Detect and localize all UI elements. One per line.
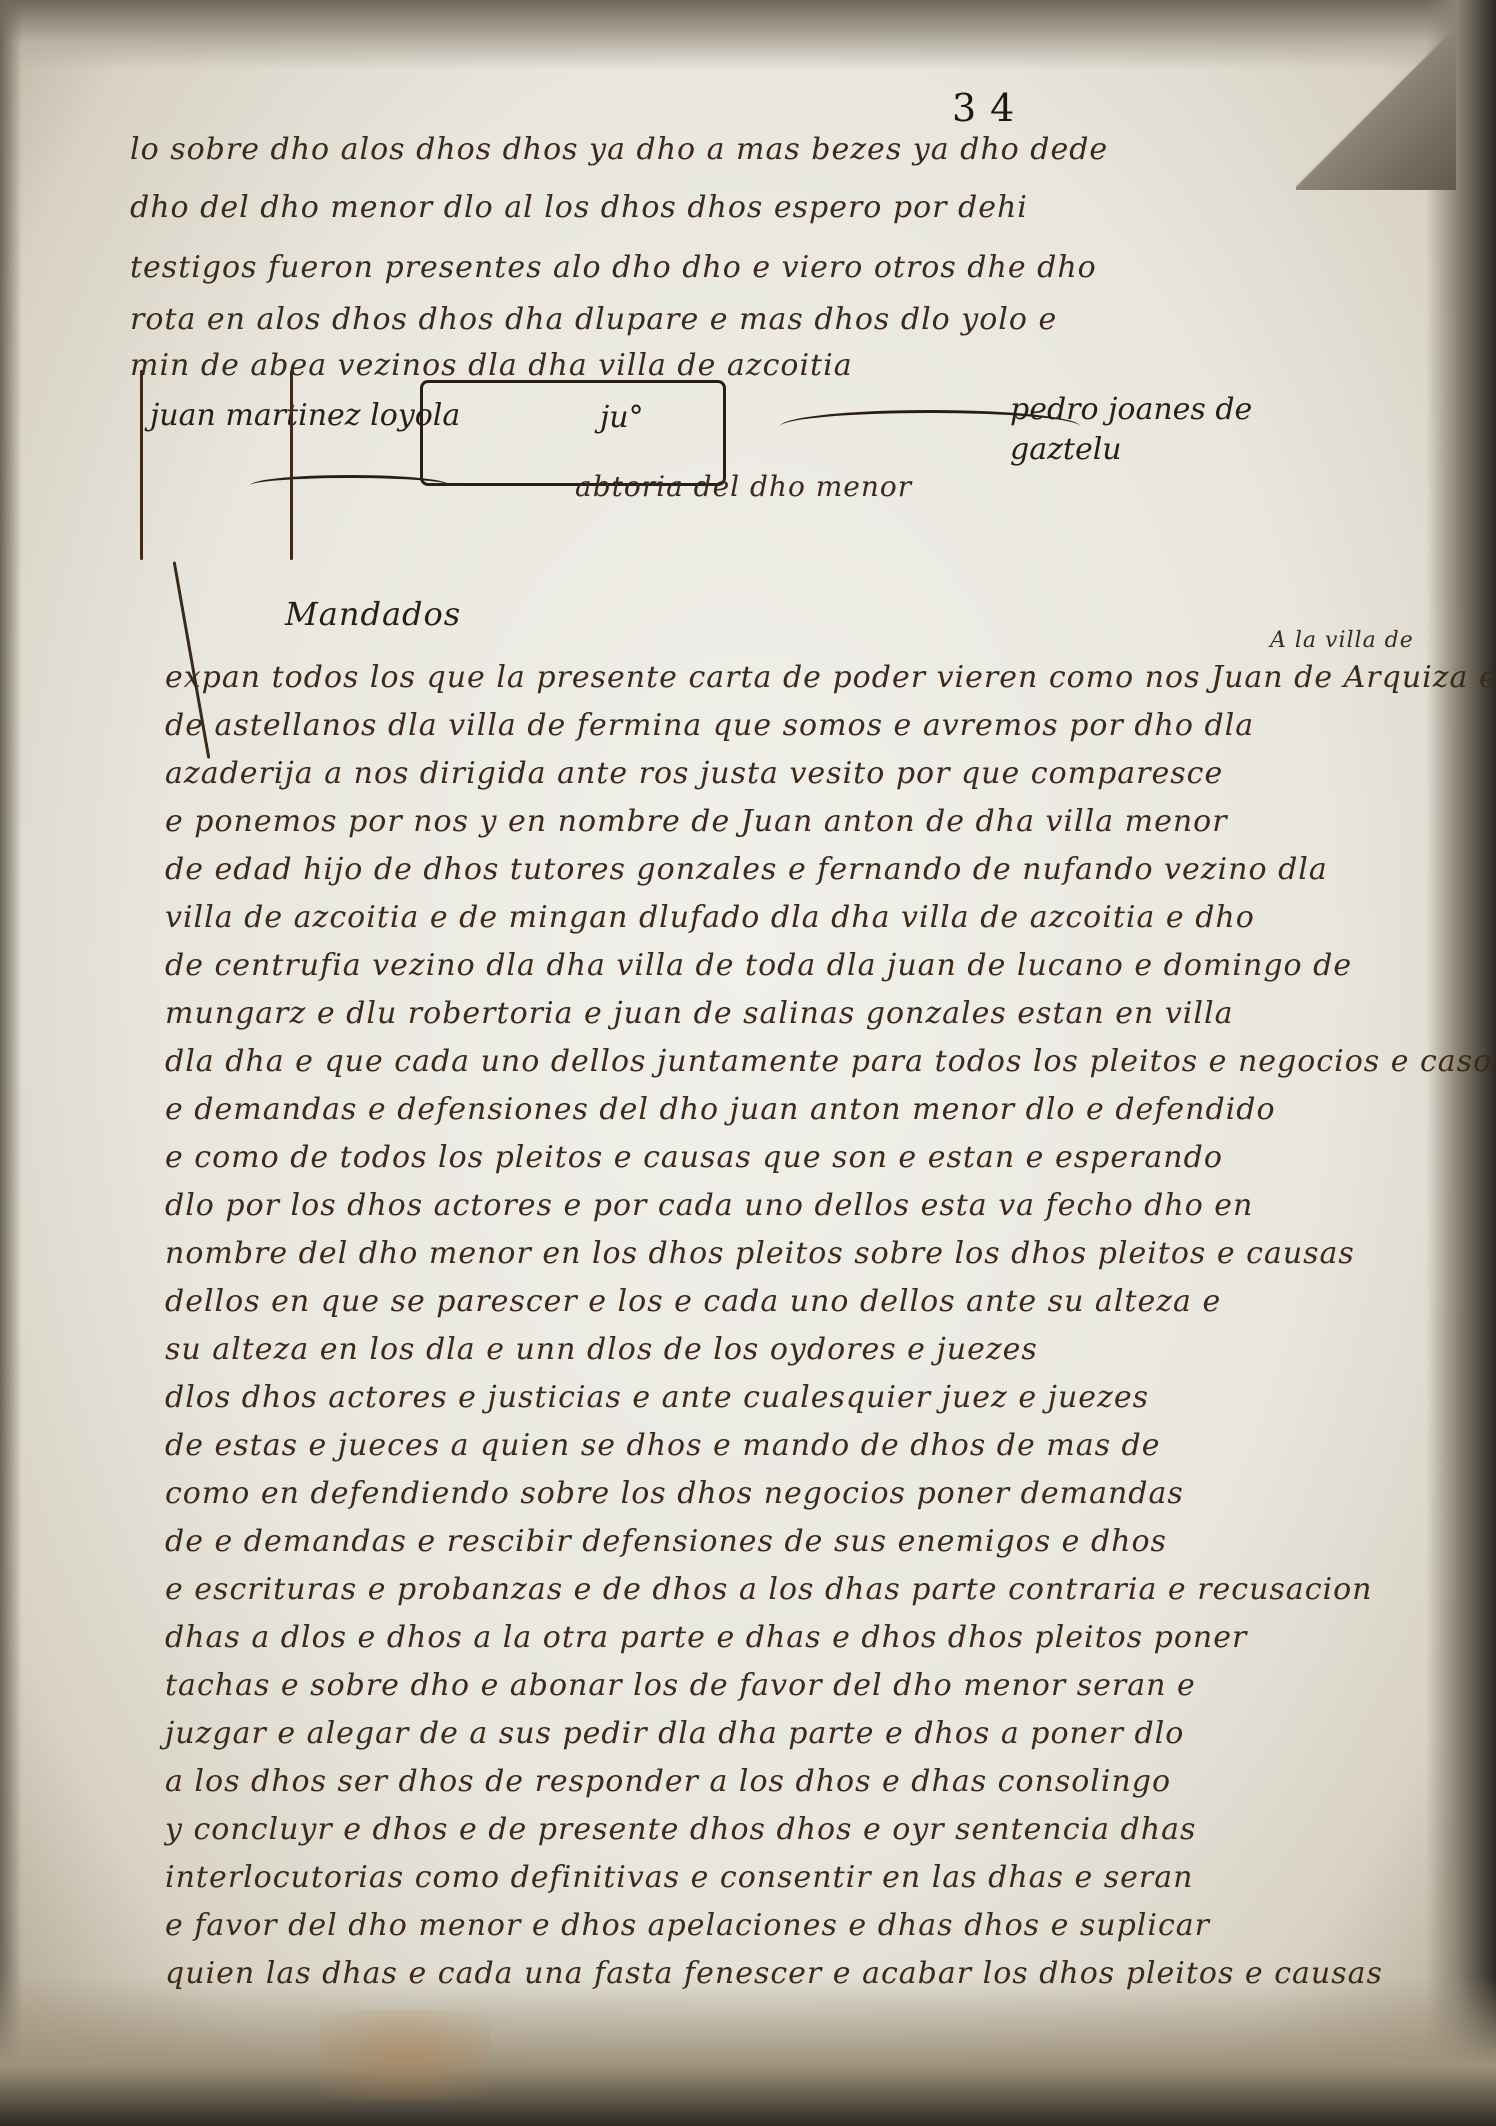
body-line: tachas e sobre dho e abonar los de favor… bbox=[165, 1668, 1196, 1703]
signature-rubric bbox=[780, 410, 1080, 443]
body-line: e escrituras e probanzas e de dhos a los… bbox=[165, 1572, 1372, 1607]
signature-box-text: ju° bbox=[600, 400, 644, 435]
header-line: testigos fueron presentes alo dho dho e … bbox=[130, 250, 1097, 285]
body-line: a los dhos ser dhos de responder a los d… bbox=[165, 1764, 1171, 1799]
body-line: e demandas e defensiones del dho juan an… bbox=[165, 1092, 1276, 1127]
header-line: dho del dho menor dlo al los dhos dhos e… bbox=[130, 190, 1028, 225]
header-line: min de abea vezinos dla dha villa de azc… bbox=[130, 348, 853, 383]
water-stain bbox=[320, 2010, 490, 2100]
body-line: expan todos los que la presente carta de… bbox=[165, 660, 1496, 695]
body-line: de centrufia vezino dla dha villa de tod… bbox=[165, 948, 1352, 983]
body-line: de e demandas e rescibir defensiones de … bbox=[165, 1524, 1167, 1559]
section-heading: Mandados bbox=[285, 595, 461, 633]
body-line: juzgar e alegar de a sus pedir dla dha p… bbox=[165, 1716, 1184, 1751]
body-line: como en defendiendo sobre los dhos negoc… bbox=[165, 1476, 1184, 1511]
body-line: nombre del dho menor en los dhos pleitos… bbox=[165, 1236, 1355, 1271]
body-line: dhas a dlos e dhos a la otra parte e dha… bbox=[165, 1620, 1247, 1655]
body-line: dellos en que se parescer e los e cada u… bbox=[165, 1284, 1221, 1319]
signature-rubric bbox=[250, 475, 450, 496]
body-line: azaderija a nos dirigida ante ros justa … bbox=[165, 756, 1223, 791]
body-line: e como de todos los pleitos e causas que… bbox=[165, 1140, 1223, 1175]
body-line: mungarz e dlu robertoria e juan de salin… bbox=[165, 996, 1233, 1031]
body-line: su alteza en los dla e unn dlos de los o… bbox=[165, 1332, 1038, 1367]
subscript-note: abtoria del dho menor bbox=[575, 470, 912, 503]
body-line: interlocutorias como definitivas e conse… bbox=[165, 1860, 1193, 1895]
body-line: dla dha e que cada uno dellos juntamente… bbox=[165, 1044, 1496, 1079]
body-line: dlos dhos actores e justicias e ante cua… bbox=[165, 1380, 1149, 1415]
body-line: quien las dhas e cada una fasta fenescer… bbox=[165, 1956, 1383, 1991]
paper-left-edge bbox=[0, 0, 22, 2126]
body-line: de edad hijo de dhos tutores gonzales e … bbox=[165, 852, 1328, 887]
margin-flourish bbox=[290, 370, 293, 560]
body-line: villa de azcoitia e de mingan dlufado dl… bbox=[165, 900, 1255, 935]
paper-bottom-edge bbox=[0, 1976, 1496, 2126]
body-line: dlo por los dhos actores e por cada uno … bbox=[165, 1188, 1253, 1223]
header-line: lo sobre dho alos dhos dhos ya dho a mas… bbox=[130, 132, 1108, 167]
torn-corner bbox=[1296, 20, 1456, 190]
margin-flourish bbox=[140, 370, 143, 560]
body-line: e favor del dho menor e dhos apelaciones… bbox=[165, 1908, 1210, 1943]
body-line: y concluyr e dhos e de presente dhos dho… bbox=[165, 1812, 1196, 1847]
manuscript-page: 34 lo sobre dho alos dhos dhos ya dho a … bbox=[0, 0, 1496, 2126]
body-line: e ponemos por nos y en nombre de Juan an… bbox=[165, 804, 1228, 839]
signature-left: juan martinez loyola bbox=[150, 398, 460, 433]
margin-note: A la villa de bbox=[1270, 628, 1414, 653]
body-line: de astellanos dla villa de fermina que s… bbox=[165, 708, 1254, 743]
paper-top-edge bbox=[0, 0, 1496, 70]
header-line: rota en alos dhos dhos dha dlupare e mas… bbox=[130, 302, 1057, 337]
folio-number: 34 bbox=[952, 86, 1028, 130]
body-line: de estas e jueces a quien se dhos e mand… bbox=[165, 1428, 1161, 1463]
